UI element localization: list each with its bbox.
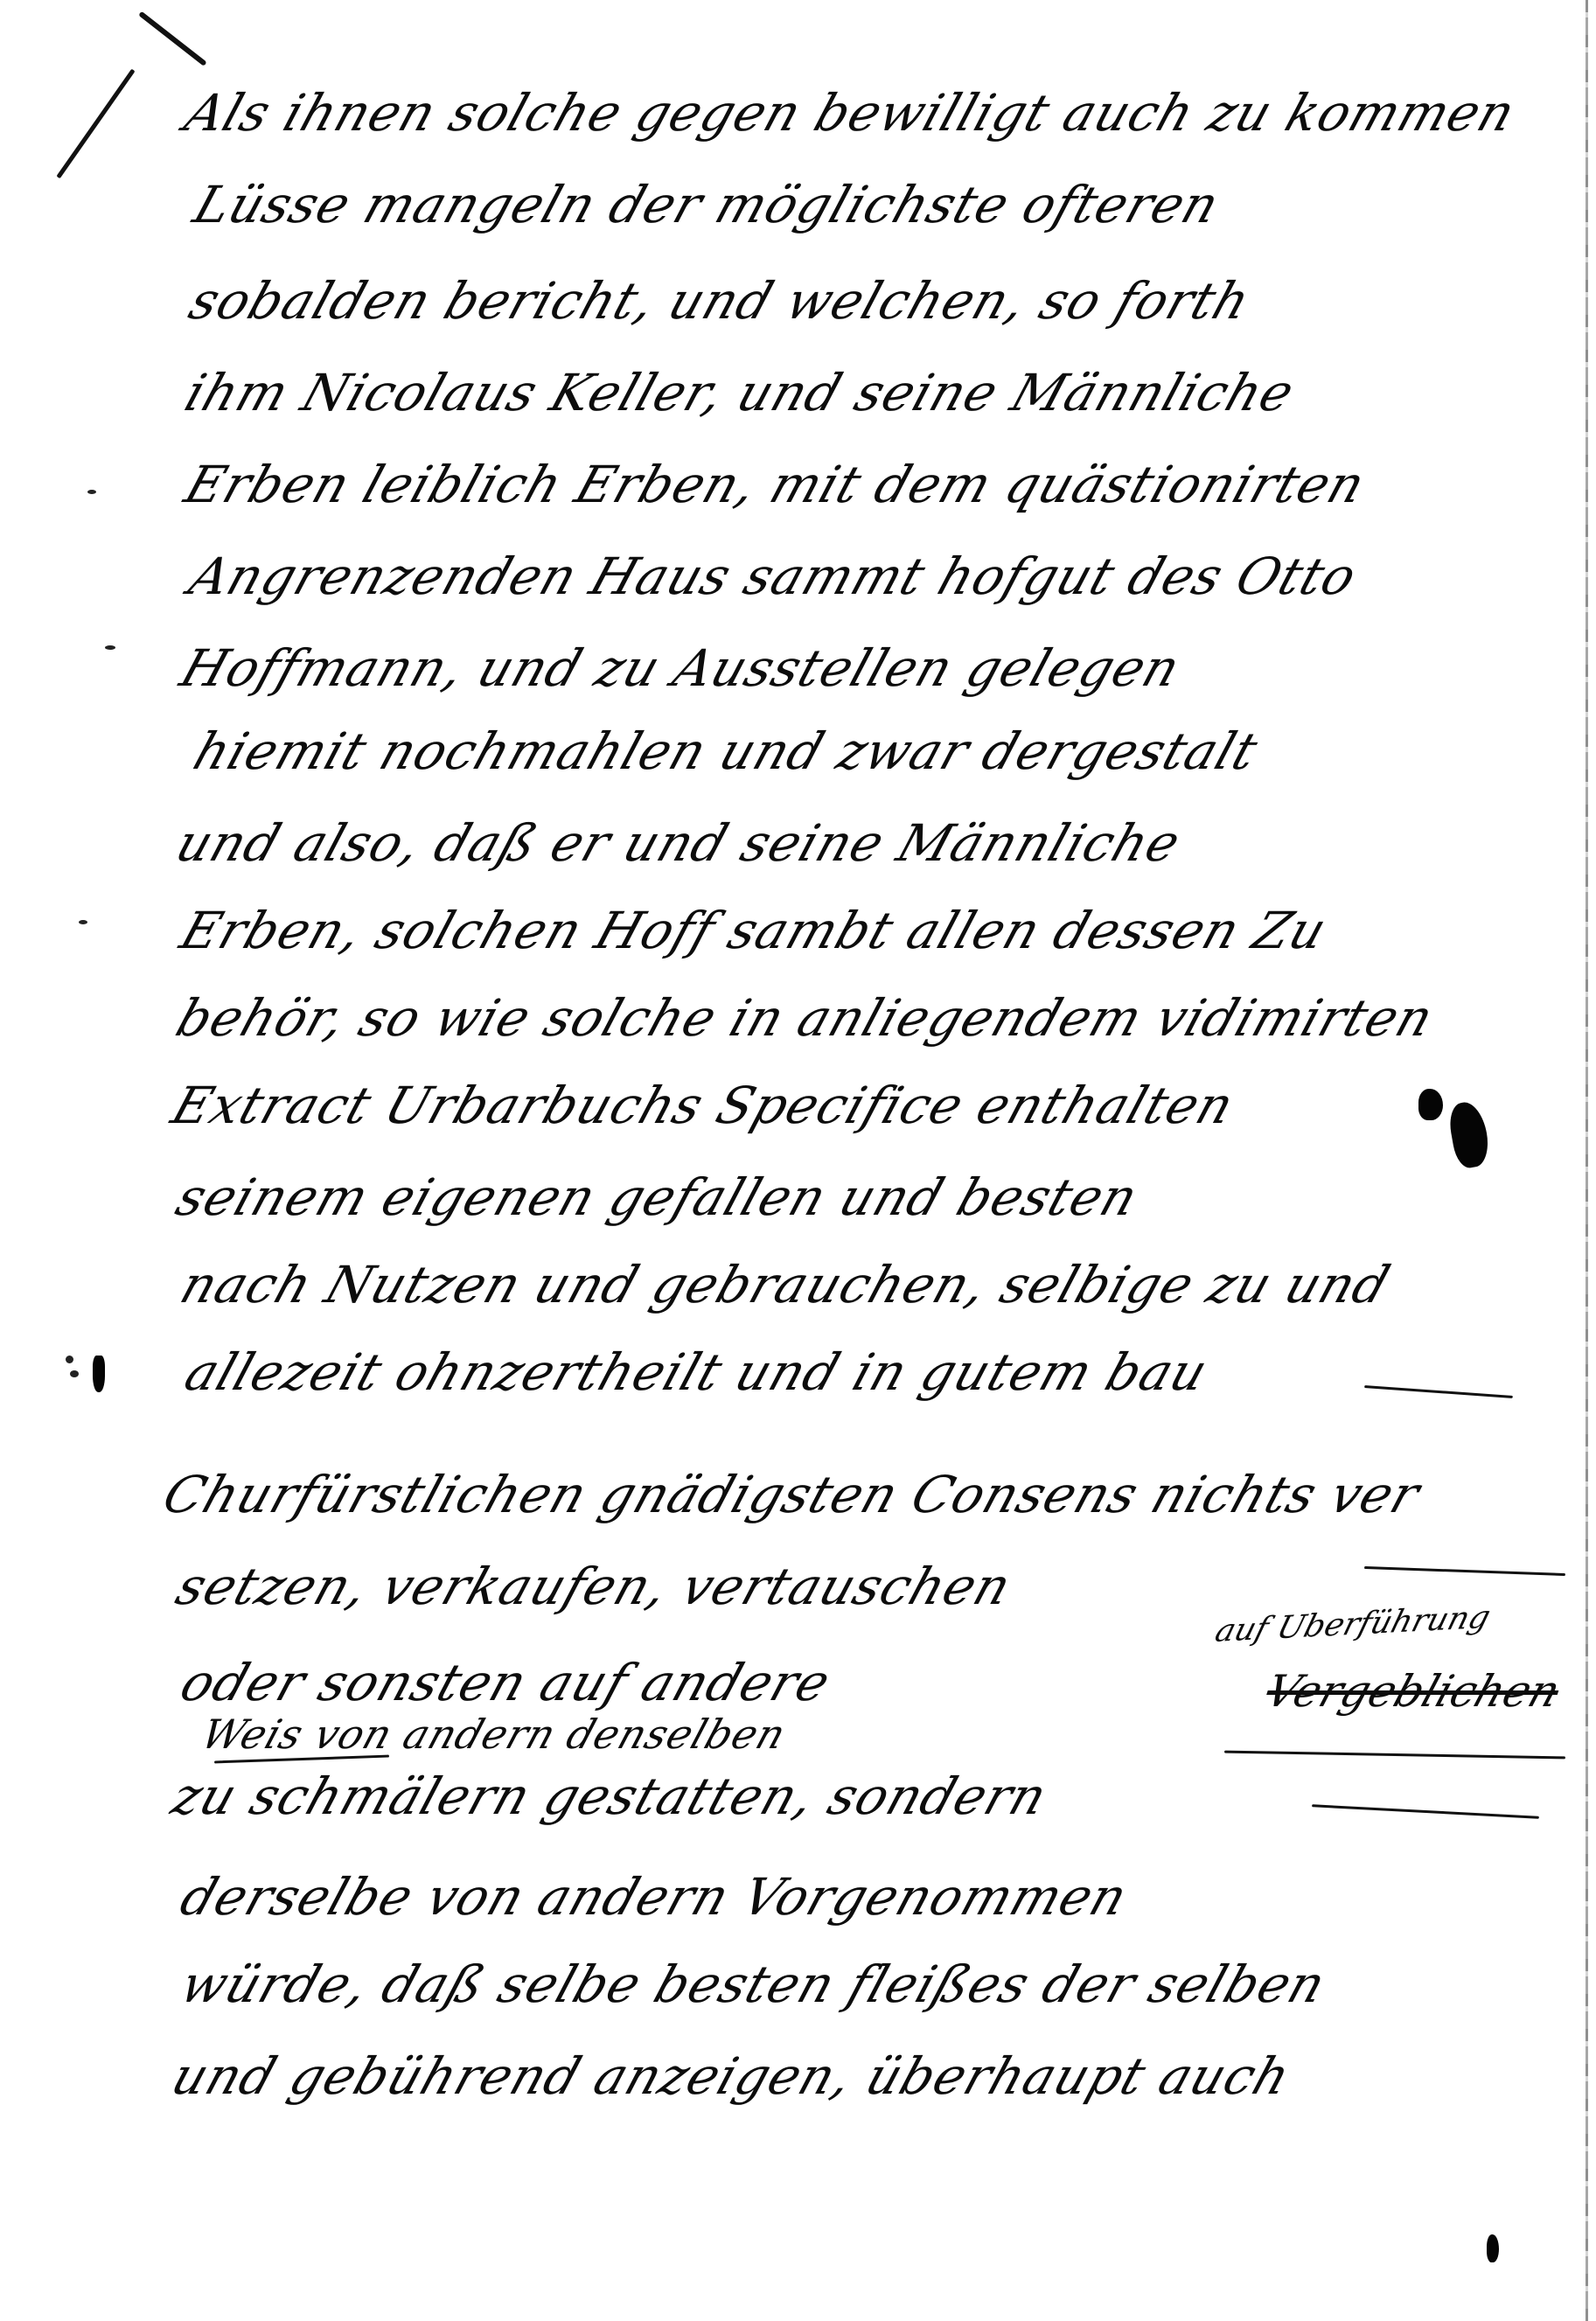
ink-blot [1487,2234,1499,2262]
manuscript-line-10: Erben, solchen Hoff sambt allen dessen Z… [175,905,1333,956]
margin-pen-stroke [56,69,135,179]
interlinear-insertion: auf Uberführung [1211,1600,1495,1649]
margin-dash [105,645,115,650]
manuscript-line-19: oder sonsten auf andere [175,1657,837,1708]
manuscript-line-15: allezeit ohnzertheilt und in gutem bau [179,1347,1214,1397]
manuscript-line-18: setzen, verkaufen, vertauschen [171,1561,1018,1612]
manuscript-line-21: zu schmälern gestatten, sondern [166,1771,1054,1822]
manuscript-line-6: Angrenzenden Haus sammt hofgut des Otto [184,551,1363,602]
margin-dash [79,920,87,924]
manuscript-line-3: sobalden bericht, und welchen, so forth [184,275,1257,326]
manuscript-line-24: und gebührend anzeigen, überhaupt auch [166,2051,1297,2101]
manuscript-line-4: ihm Nicolaus Keller, und seine Männliche [179,367,1300,418]
line-end-flourish [1364,1566,1565,1576]
line-end-flourish [1224,1751,1565,1760]
line-end-flourish [1364,1385,1513,1398]
line-end-flourish [1312,1804,1539,1819]
margin-numeral-one [93,1356,105,1392]
ink-blot [1418,1089,1443,1120]
margin-dash [87,490,96,494]
margin-dot [66,1356,73,1363]
manuscript-line-7: Hoffmann, und zu Ausstellen gelegen [175,643,1187,694]
manuscript-line-12: Extract Urbarbuchs Specifice enthalten [166,1080,1240,1131]
page-edge-border [1586,0,1588,2321]
manuscript-line-8: hiemit nochmahlen und zwar dergestalt [188,726,1264,777]
manuscript-line-17: Churfürstlichen gnädigsten Consens nicht… [157,1469,1426,1520]
manuscript-page: Als ihnen solche gegen bewilligt auch zu… [0,0,1596,2321]
manuscript-line-23: würde, daß selbe besten fleißes der selb… [175,1959,1332,2010]
corner-pen-stroke [138,11,207,66]
manuscript-line-22: derselbe von andern Vorgenommen [175,1871,1134,1922]
manuscript-line-1: Als ihnen solche gegen bewilligt auch zu… [179,87,1522,138]
manuscript-line-20: Weis von andern denselben [197,1714,791,1754]
ink-blot [1446,1099,1492,1170]
margin-dot [70,1370,79,1377]
manuscript-line-2: Lüsse mangeln der möglichste ofteren [188,179,1226,230]
manuscript-line-14: nach Nutzen und gebrauchen, selbige zu u… [175,1259,1396,1310]
struck-through-word: Vergeblichen [1259,1666,1566,1717]
manuscript-line-11: behör, so wie solche in anliegendem vidi… [171,993,1439,1043]
manuscript-line-5: Erben leiblich Erben, mit dem quästionir… [179,459,1371,510]
manuscript-line-13: seinem eigenen gefallen und besten [171,1172,1145,1223]
manuscript-line-9: und also, daß er und seine Männliche [171,818,1187,868]
